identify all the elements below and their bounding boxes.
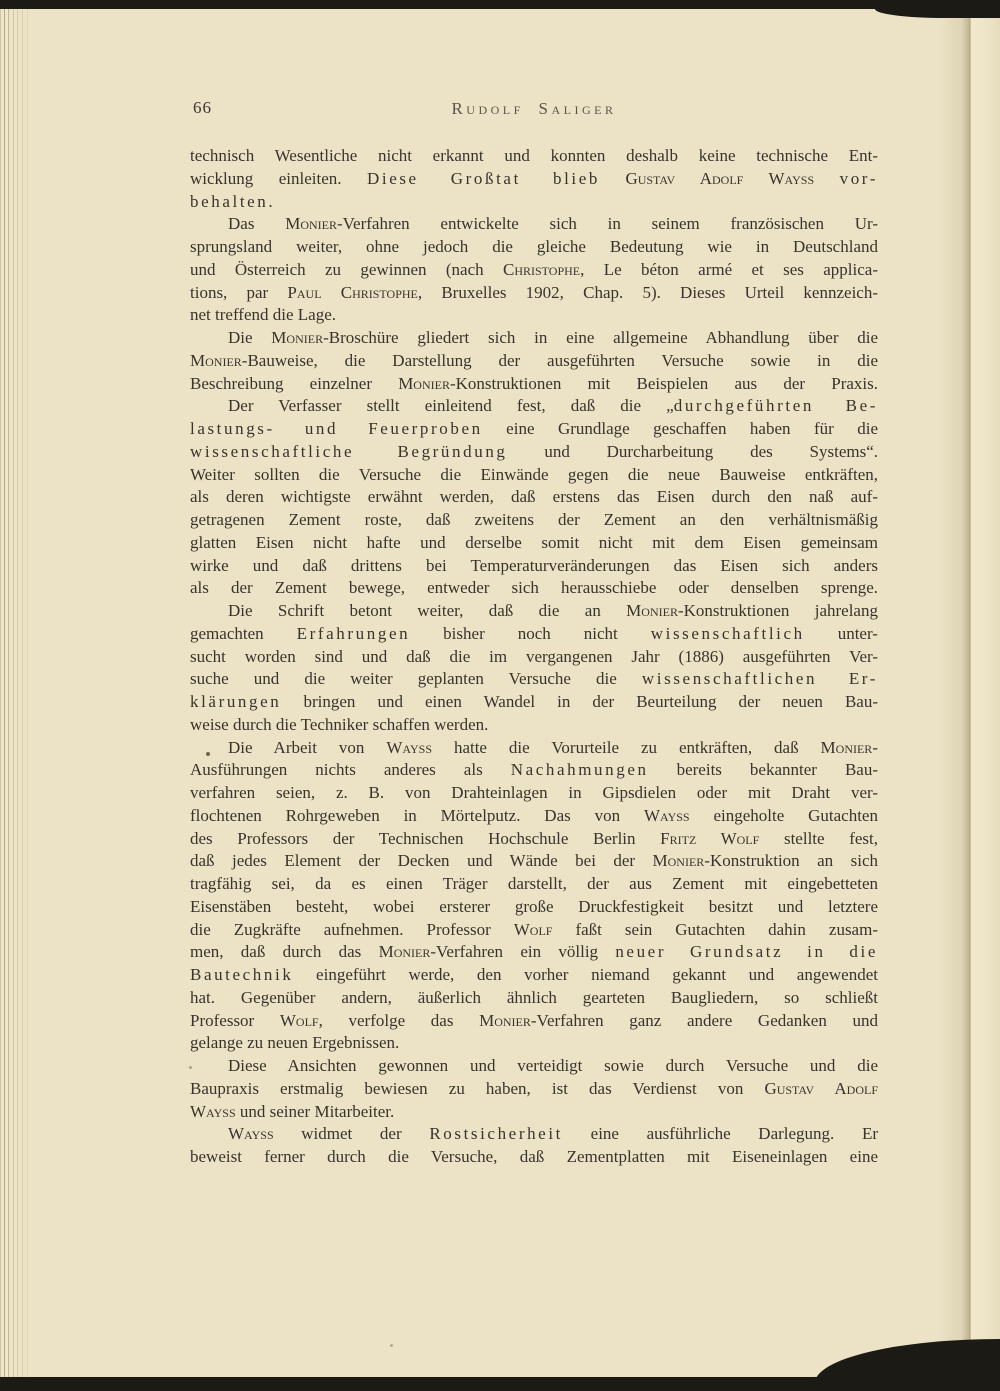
body-text: technisch Wesentliche nicht erkannt und … bbox=[190, 145, 878, 1169]
text-line: Die Monier-Broschüre gliedert sich in ei… bbox=[190, 327, 878, 350]
text-line: als deren wichtigste erwähnt werden, daß… bbox=[190, 486, 878, 509]
paragraph: Das Monier-Verfahren entwickelte sich in… bbox=[190, 213, 878, 327]
text-line: Der Verfasser stellt einleitend fest, da… bbox=[190, 395, 878, 418]
text-line: verfahren seien, z. B. von Drahteinlagen… bbox=[190, 782, 878, 805]
text-line: Beschreibung einzelner Monier-Konstrukti… bbox=[190, 373, 878, 396]
text-line: Weiter sollten die Versuche die Einwände… bbox=[190, 464, 878, 487]
text-line: klärungen bringen und einen Wandel in de… bbox=[190, 691, 878, 714]
text-line: wirke und daß drittens bei Temperaturver… bbox=[190, 555, 878, 578]
text-line: Wayss widmet der Rostsicherheit eine aus… bbox=[190, 1123, 878, 1146]
text-line: Bautechnik eingeführt werde, den vorher … bbox=[190, 964, 878, 987]
page-edge-stack bbox=[0, 9, 30, 1377]
text-line: wicklung einleiten. Diese Großtat blieb … bbox=[190, 168, 878, 191]
text-line: sprungsland weiter, ohne jedoch die glei… bbox=[190, 236, 878, 259]
text-line: Monier-Bauweise, die Darstellung der aus… bbox=[190, 350, 878, 373]
text-line: getragenen Zement roste, daß zweitens de… bbox=[190, 509, 878, 532]
facing-page-edge bbox=[971, 9, 1000, 1377]
paragraph: Die Arbeit von Wayss hatte die Vorurteil… bbox=[190, 737, 878, 1056]
text-line: Das Monier-Verfahren entwickelte sich in… bbox=[190, 213, 878, 236]
text-line: die Zugkräfte aufnehmen. Professor Wolf … bbox=[190, 919, 878, 942]
text-line: behalten. bbox=[190, 191, 878, 214]
text-line: Ausführungen nichts anderes als Nachahmu… bbox=[190, 759, 878, 782]
text-line: tragfähig sei, da es einen Träger darste… bbox=[190, 873, 878, 896]
text-line: Wayss und seiner Mitarbeiter. bbox=[190, 1101, 878, 1124]
text-line: sucht worden sind und daß die im vergang… bbox=[190, 646, 878, 669]
print-artifact bbox=[189, 1066, 192, 1069]
text-line: Eisenstäben besteht, wobei ersterer groß… bbox=[190, 896, 878, 919]
text-line: beweist ferner durch die Versuche, daß Z… bbox=[190, 1146, 878, 1169]
text-line: gelange zu neuen Ergebnissen. bbox=[190, 1032, 878, 1055]
text-line: Professor Wolf, verfolge das Monier-Verf… bbox=[190, 1010, 878, 1033]
text-line: glatten Eisen nicht hafte und derselbe s… bbox=[190, 532, 878, 555]
text-line: technisch Wesentliche nicht erkannt und … bbox=[190, 145, 878, 168]
text-line: men, daß durch das Monier-Verfahren ein … bbox=[190, 941, 878, 964]
text-line: flochtenen Rohrgeweben in Mörtelputz. Da… bbox=[190, 805, 878, 828]
text-line: tions, par Paul Christophe, Bruxelles 19… bbox=[190, 282, 878, 305]
paragraph: Die Schrift betont weiter, daß die an Mo… bbox=[190, 600, 878, 737]
text-line: Die Arbeit von Wayss hatte die Vorurteil… bbox=[190, 737, 878, 760]
text-line: des Professors der Technischen Hochschul… bbox=[190, 828, 878, 851]
text-line: lastungs- und Feuerproben eine Grundlage… bbox=[190, 418, 878, 441]
paragraph: Diese Ansichten gewonnen und verteidigt … bbox=[190, 1055, 878, 1123]
text-line: Die Schrift betont weiter, daß die an Mo… bbox=[190, 600, 878, 623]
text-line: hat. Gegenüber andern, äußerlich ähnlich… bbox=[190, 987, 878, 1010]
scanned-book-page: { "colors":{ "page_background":"#ece3c6"… bbox=[0, 0, 1000, 1391]
text-line: als der Zement bewege, entweder sich her… bbox=[190, 577, 878, 600]
text-line: net treffend die Lage. bbox=[190, 304, 878, 327]
paragraph: Der Verfasser stellt einleitend fest, da… bbox=[190, 395, 878, 600]
paragraph: Wayss widmet der Rostsicherheit eine aus… bbox=[190, 1123, 878, 1169]
text-line: daß jedes Element der Decken und Wände b… bbox=[190, 850, 878, 873]
binding-gutter-shadow bbox=[938, 9, 969, 1377]
text-line: und Österreich zu gewinnen (nach Christo… bbox=[190, 259, 878, 282]
text-line: weise durch die Techniker schaffen werde… bbox=[190, 714, 878, 737]
print-artifact bbox=[390, 1344, 393, 1347]
print-artifact bbox=[206, 752, 210, 756]
paragraph: technisch Wesentliche nicht erkannt und … bbox=[190, 145, 878, 213]
text-line: wissenschaftliche Begründung und Durchar… bbox=[190, 441, 878, 464]
text-line: gemachten Erfahrungen bisher noch nicht … bbox=[190, 623, 878, 646]
text-line: Baupraxis erstmalig bewiesen zu haben, i… bbox=[190, 1078, 878, 1101]
paragraph: Die Monier-Broschüre gliedert sich in ei… bbox=[190, 327, 878, 395]
running-header: Rudolf Saliger bbox=[190, 99, 878, 119]
binding-fold-line bbox=[969, 9, 971, 1377]
text-line: suche und die weiter geplanten Versuche … bbox=[190, 668, 878, 691]
text-line: Diese Ansichten gewonnen und verteidigt … bbox=[190, 1055, 878, 1078]
